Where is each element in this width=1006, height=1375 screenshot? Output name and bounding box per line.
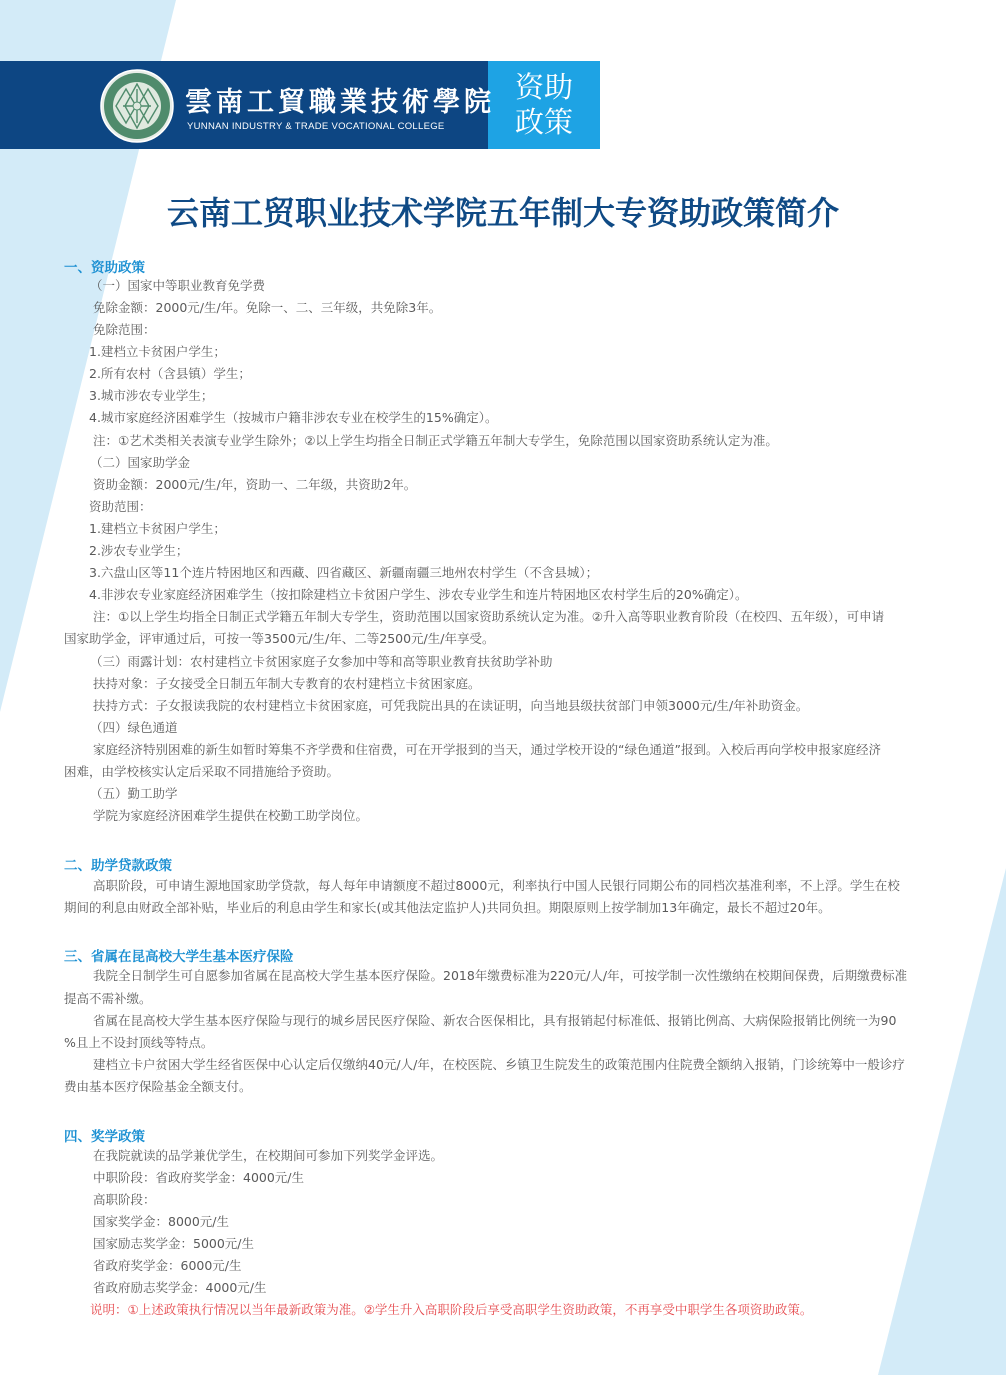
subsection-heading: （一）国家中等职业教育免学费 <box>90 278 265 294</box>
paragraph-line: 扶持对象：子女接受全日制五年制大专教育的农村建档立卡贫困家庭。 <box>93 676 481 692</box>
school-name-chinese: 雲南工貿職業技術學院 <box>185 80 495 119</box>
paragraph-line: 扶持方式：子女报读我院的农村建档立卡贫困家庭，可凭我院出具的在读证明，向当地县级… <box>93 698 808 714</box>
list-item: 4.非涉农专业家庭经济困难学生（按扣除建档立卡贫困户学生、涉农专业学生和连片特困… <box>89 587 747 603</box>
subsection-heading: （四）绿色通道 <box>90 720 178 736</box>
paragraph-line: 资助范围： <box>89 499 152 515</box>
paragraph-line-continued: 费由基本医疗保险基金全额支付。 <box>64 1079 252 1095</box>
list-item: 1.建档立卡贫困户学生； <box>89 344 226 360</box>
paragraph-line: 资助金额：2000元/生/年，资助一、二年级，共资助2年。 <box>93 477 416 493</box>
paragraph-line: 家庭经济特别困难的新生如暂时筹集不齐学费和住宿费，可在开学报到的当天，通过学校开… <box>93 742 881 758</box>
scholarship-item: 国家奖学金：8000元/生 <box>93 1214 229 1230</box>
paragraph-line: 免除金额：2000元/生/年。免除一、二、三年级，共免除3年。 <box>93 300 441 316</box>
scholarship-item: 国家励志奖学金：5000元/生 <box>93 1236 254 1252</box>
subsection-heading: （二）国家助学金 <box>90 455 190 471</box>
scholarship-item: 高职阶段： <box>93 1192 156 1208</box>
paragraph-line: 我院全日制学生可自愿参加省属在昆高校大学生基本医疗保险。2018年缴费标准为22… <box>93 968 907 984</box>
list-item: 4.城市家庭经济困难学生（按城市户籍非涉农专业在校学生的15%确定）。 <box>89 410 497 426</box>
paragraph-line: 高职阶段，可申请生源地国家助学贷款，每人每年申请额度不超过8000元，利率执行中… <box>93 878 900 894</box>
school-name-english: YUNNAN INDUSTRY & TRADE VOCATIONAL COLLE… <box>187 121 445 132</box>
list-item: 1.建档立卡贫困户学生； <box>89 521 226 537</box>
section-heading-aid-policy: 一、资助政策 <box>64 256 145 276</box>
paragraph-line: 建档立卡户贫困大学生经省医保中心认定后仅缴纳40元/人/年，在校医院、乡镇卫生院… <box>93 1057 905 1073</box>
list-item: 2.涉农专业学生； <box>89 543 188 559</box>
note-line: 注：①艺术类相关表演专业学生除外；②以上学生均指全日制正式学籍五年制大专学生，免… <box>93 433 778 449</box>
scholarship-item: 省政府励志奖学金：4000元/生 <box>93 1280 267 1296</box>
list-item: 2.所有农村（含县镇）学生； <box>89 366 251 382</box>
disclaimer-note: 说明：①上述政策执行情况以当年最新政策为准。②学生升入高职阶段后享受高职学生资助… <box>90 1302 812 1318</box>
paragraph-line: 免除范围： <box>93 322 156 338</box>
subsection-heading: （三）雨露计划：农村建档立卡贫困家庭子女参加中等和高等职业教育扶贫助学补助 <box>90 654 553 670</box>
right-diagonal-stripe <box>878 868 1006 1375</box>
policy-badge: 资助 政策 <box>488 61 600 149</box>
paragraph-line-continued: 提高不需补缴。 <box>64 991 152 1007</box>
section-heading-scholarship: 四、奖学政策 <box>64 1125 145 1145</box>
subsection-heading: （五）勤工助学 <box>90 786 178 802</box>
scholarship-item: 省政府奖学金：6000元/生 <box>93 1258 242 1274</box>
paragraph-line-continued: 困难，由学校核实认定后采取不同措施给予资助。 <box>64 764 339 780</box>
paragraph-line-continued: 期间的利息由财政全部补贴，毕业后的利息由学生和家长(或其他法定监护人)共同负担。… <box>64 900 831 916</box>
list-item: 3.城市涉农专业学生； <box>89 388 213 404</box>
note-line: 注：①以上学生均指全日制正式学籍五年制大专学生，资助范围以国家资助系统认定为准。… <box>93 609 884 625</box>
list-item: 3.六盘山区等11个连片特困地区和西藏、四省藏区、新疆南疆三地州农村学生（不含县… <box>89 565 598 581</box>
page-title: 云南工贸职业技术学院五年制大专资助政策简介 <box>0 188 1006 234</box>
paragraph-line: 省属在昆高校大学生基本医疗保险与现行的城乡居民医疗保险、新农合医保相比，具有报销… <box>93 1013 896 1029</box>
section-heading-medical-insurance: 三、省属在昆高校大学生基本医疗保险 <box>64 945 294 965</box>
note-line-continued: 国家助学金，评审通过后，可按一等3500元/生/年、二等2500元/生/年享受。 <box>64 631 494 647</box>
badge-line-2: 政策 <box>515 105 573 140</box>
paragraph-line: 在我院就读的品学兼优学生，在校期间可参加下列奖学金评选。 <box>93 1148 443 1164</box>
college-seal-logo-icon <box>100 69 174 143</box>
section-heading-student-loan: 二、助学贷款政策 <box>64 854 172 874</box>
paragraph-line-continued: %且上不设封顶线等特点。 <box>64 1035 213 1051</box>
paragraph-line: 学院为家庭经济困难学生提供在校勤工助学岗位。 <box>93 808 368 824</box>
scholarship-item: 中职阶段：省政府奖学金：4000元/生 <box>93 1170 304 1186</box>
badge-line-1: 资助 <box>515 70 573 105</box>
